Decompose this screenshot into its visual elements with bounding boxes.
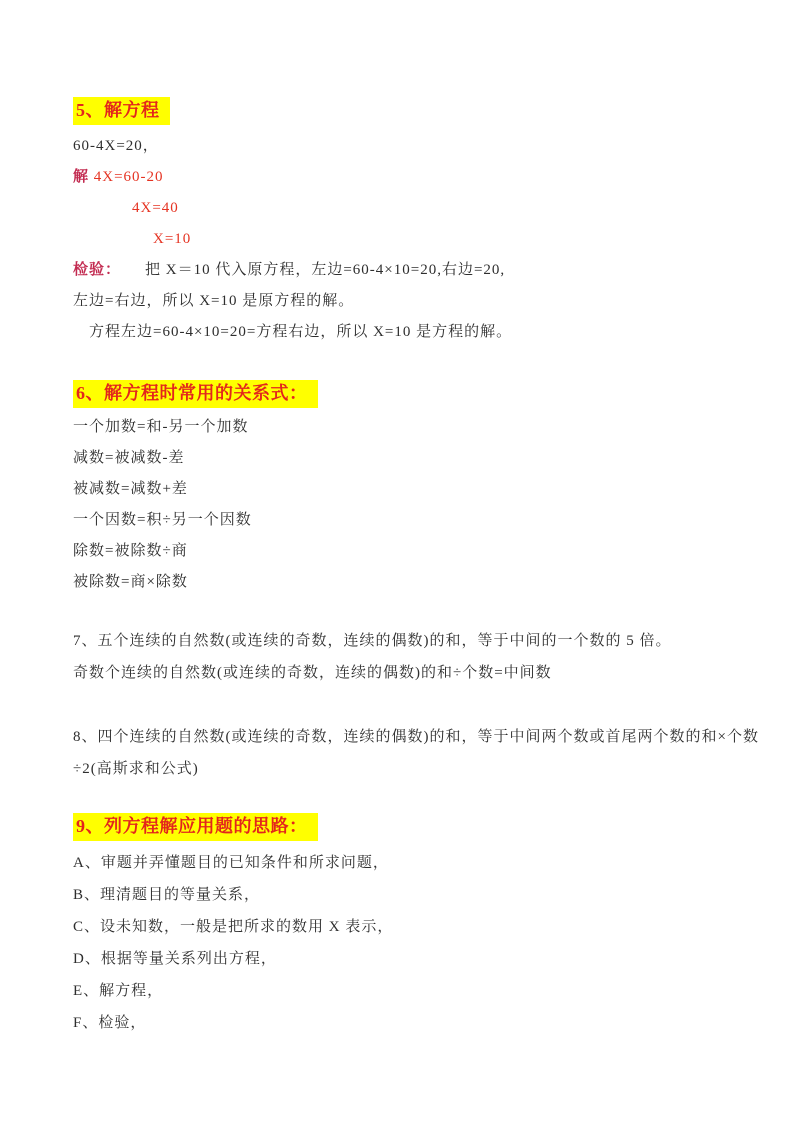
section-relations: 6、解方程时常用的关系式： 一个加数=和-另一个加数 减数=被减数-差 被减数=…	[73, 380, 773, 598]
relation-line: 除数=被除数÷商	[73, 536, 773, 567]
section-7-line-2: 奇数个连续的自然数(或连续的奇数，连续的偶数)的和÷个数=中间数	[73, 657, 773, 689]
step-line: F、检验，	[73, 1007, 773, 1039]
check-label: 检验：	[73, 262, 145, 278]
step-line: D、根据等量关系列出方程，	[73, 943, 773, 975]
section-8-line-2: ÷2(高斯求和公式)	[73, 753, 773, 785]
step-line: B、理清题目的等量关系，	[73, 879, 773, 911]
document-content: 5、解方程 60-4X=20， 解 4X=60-20 4X=40 X=10 检验…	[73, 97, 773, 1039]
relation-line: 一个因数=积÷另一个因数	[73, 505, 773, 536]
section-6-heading: 6、解方程时常用的关系式：	[73, 380, 318, 408]
check-line-1: 检验：把 X＝10 代入原方程，左边=60-4×10=20,右边=20,	[73, 255, 773, 286]
step-line: C、设未知数，一般是把所求的数用 X 表示，	[73, 911, 773, 943]
step-line: E、解方程，	[73, 975, 773, 1007]
section-8-line-1: 8、四个连续的自然数(或连续的奇数，连续的偶数)的和，等于中间两个数或首尾两个数…	[73, 721, 773, 753]
relation-line: 一个加数=和-另一个加数	[73, 412, 773, 443]
section-four-consecutive: 8、四个连续的自然数(或连续的奇数，连续的偶数)的和，等于中间两个数或首尾两个数…	[73, 721, 773, 785]
relation-line: 被除数=商×除数	[73, 567, 773, 598]
check-line-3: 方程左边=60-4×10=20=方程右边，所以 X=10 是方程的解。	[89, 317, 773, 348]
check-text: 把 X＝10 代入原方程，左边=60-4×10=20,右边=20,	[145, 262, 505, 278]
step-line: A、审题并弄懂题目的已知条件和所求问题，	[73, 847, 773, 879]
check-line-2: 左边=右边，所以 X=10 是原方程的解。	[73, 286, 773, 317]
solve-step-1: 4X=60-20	[94, 169, 164, 185]
document-page: 5、解方程 60-4X=20， 解 4X=60-20 4X=40 X=10 检验…	[0, 0, 793, 1122]
relation-line: 被减数=减数+差	[73, 474, 773, 505]
section-solve-equation: 5、解方程 60-4X=20， 解 4X=60-20 4X=40 X=10 检验…	[73, 97, 773, 348]
relation-line: 减数=被减数-差	[73, 443, 773, 474]
section-7-line-1: 7、五个连续的自然数(或连续的奇数，连续的偶数)的和，等于中间的一个数的 5 倍…	[73, 625, 773, 657]
section-9-heading: 9、列方程解应用题的思路：	[73, 813, 318, 841]
solve-step-2: 4X=40	[132, 193, 773, 224]
section-5-heading: 5、解方程	[73, 97, 170, 125]
steps-list: A、审题并弄懂题目的已知条件和所求问题， B、理清题目的等量关系， C、设未知数…	[73, 847, 773, 1039]
solve-step-3: X=10	[153, 224, 773, 255]
solve-line: 解 4X=60-20	[73, 162, 773, 193]
solve-label: 解	[73, 169, 89, 185]
section-word-problem-steps: 9、列方程解应用题的思路： A、审题并弄懂题目的已知条件和所求问题， B、理清题…	[73, 813, 773, 1039]
section-five-consecutive: 7、五个连续的自然数(或连续的奇数，连续的偶数)的和，等于中间的一个数的 5 倍…	[73, 625, 773, 689]
equation-line: 60-4X=20，	[73, 131, 773, 162]
